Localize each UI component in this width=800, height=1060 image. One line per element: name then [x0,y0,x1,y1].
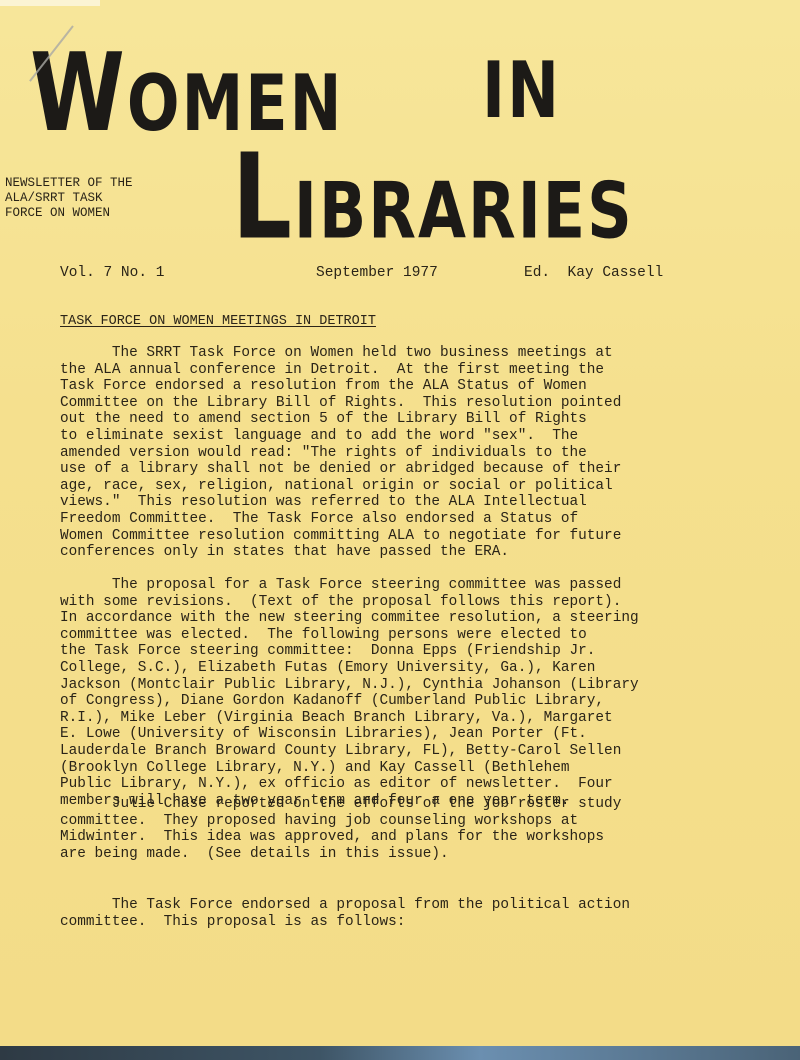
masthead-libraries: LIBRARIES [232,140,634,258]
article-paragraph: Julie Chase reported on the efforts of t… [60,796,760,862]
issue-date: September 1977 [316,265,438,281]
masthead-initial-l: L [232,130,294,266]
volume-number: Vol. 7 No. 1 [60,265,164,281]
masthead-initial-w: W [30,31,127,156]
editor-credit: Ed. Kay Cassell [524,265,663,281]
masthead-libraries-rest: IBRARIES [294,165,634,256]
article-paragraph: The Task Force endorsed a proposal from … [60,897,760,930]
article-paragraph: The proposal for a Task Force steering c… [60,577,760,809]
article-heading: TASK FORCE ON WOMEN MEETINGS IN DETROIT [60,314,376,329]
newsletter-subtitle: NEWSLETTER OF THE ALA/SRRT TASK FORCE ON… [5,176,133,221]
masthead-in: IN [482,52,561,130]
masthead-women: WOMEN [30,40,344,148]
paper-corner [0,0,100,6]
article-paragraph: The SRRT Task Force on Women held two bu… [60,345,760,561]
scan-bottom-edge [0,1046,800,1060]
newsletter-page: WOMEN IN LIBRARIES NEWSLETTER OF THE ALA… [0,0,800,1046]
